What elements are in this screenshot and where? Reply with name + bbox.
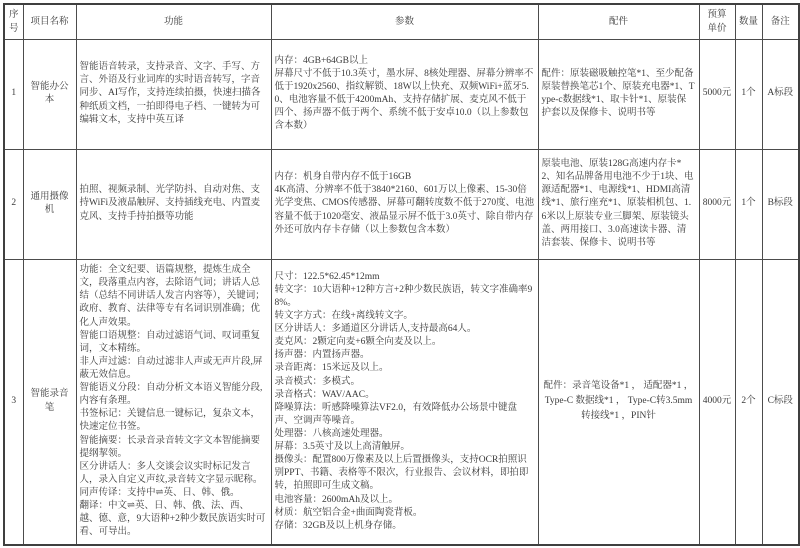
cell-project-name: 通用摄像机 (23, 149, 76, 259)
header-price: 预算 单价 (699, 4, 735, 39)
cell-accessories: 配件：录音笔设备*1 ， 适配器*1 ， Type-C 数据线*1 ， Type… (538, 259, 699, 545)
cell-no: 3 (4, 259, 23, 545)
document-page: 序号 项目名称 功能 参数 配件 预算 单价 数量 备注 1 智能办公本 智能语… (0, 0, 800, 548)
table-row: 2 通用摄像机 拍照、视频录制、光学防抖、自动对焦、支持WiFi及液晶触屏、支持… (4, 149, 799, 259)
cell-note: C标段 (762, 259, 799, 545)
cell-project-name: 智能录音笔 (23, 259, 76, 545)
cell-function: 功能：全文纪要、语篇规整，提炼生成全文，段落重点内容，去除语气词；讲话人总结（总… (76, 259, 271, 545)
cell-accessories: 配件：原装磁吸触控笔*1、至少配备原装替换笔芯1个、原装充电器*1、Type-c… (538, 39, 699, 149)
header-function: 功能 (76, 4, 271, 39)
cell-no: 2 (4, 149, 23, 259)
cell-function: 智能语音转录，支持录音、文字、手写、方言、外语及行业词库的实时语音转写，字音同步… (76, 39, 271, 149)
procurement-table: 序号 项目名称 功能 参数 配件 预算 单价 数量 备注 1 智能办公本 智能语… (3, 3, 800, 546)
cell-params: 内存：4GB+64GB以上 屏幕尺寸不低于10.3英寸，墨水屏、8核处理器、屏幕… (271, 39, 538, 149)
cell-price: 4000元 (699, 259, 735, 545)
cell-accessories: 原装电池、原装128G高速内存卡*2、知名品牌备用电池不少于1块、电源适配器*1… (538, 149, 699, 259)
cell-note: B标段 (762, 149, 799, 259)
header-qty: 数量 (735, 4, 762, 39)
cell-project-name: 智能办公本 (23, 39, 76, 149)
table-row: 3 智能录音笔 功能：全文纪要、语篇规整，提炼生成全文，段落重点内容，去除语气词… (4, 259, 799, 545)
table-header-row: 序号 项目名称 功能 参数 配件 预算 单价 数量 备注 (4, 4, 799, 39)
header-params: 参数 (271, 4, 538, 39)
header-name: 项目名称 (23, 4, 76, 39)
cell-no: 1 (4, 39, 23, 149)
cell-qty: 1个 (735, 149, 762, 259)
cell-function: 拍照、视频录制、光学防抖、自动对焦、支持WiFi及液晶触屏、支持插线充电、内置麦… (76, 149, 271, 259)
cell-price: 5000元 (699, 39, 735, 149)
cell-price: 8000元 (699, 149, 735, 259)
table-row: 1 智能办公本 智能语音转录，支持录音、文字、手写、方言、外语及行业词库的实时语… (4, 39, 799, 149)
cell-note: A标段 (762, 39, 799, 149)
header-note: 备注 (762, 4, 799, 39)
header-no: 序号 (4, 4, 23, 39)
header-accessories: 配件 (538, 4, 699, 39)
cell-params: 尺寸：122.5*62.45*12mm 转文字：10大语种+12种方言+2种少数… (271, 259, 538, 545)
cell-qty: 2个 (735, 259, 762, 545)
cell-qty: 1个 (735, 39, 762, 149)
cell-params: 内存：机身自带内存不低于16GB 4K高清、分辨率不低于3840*2160、60… (271, 149, 538, 259)
